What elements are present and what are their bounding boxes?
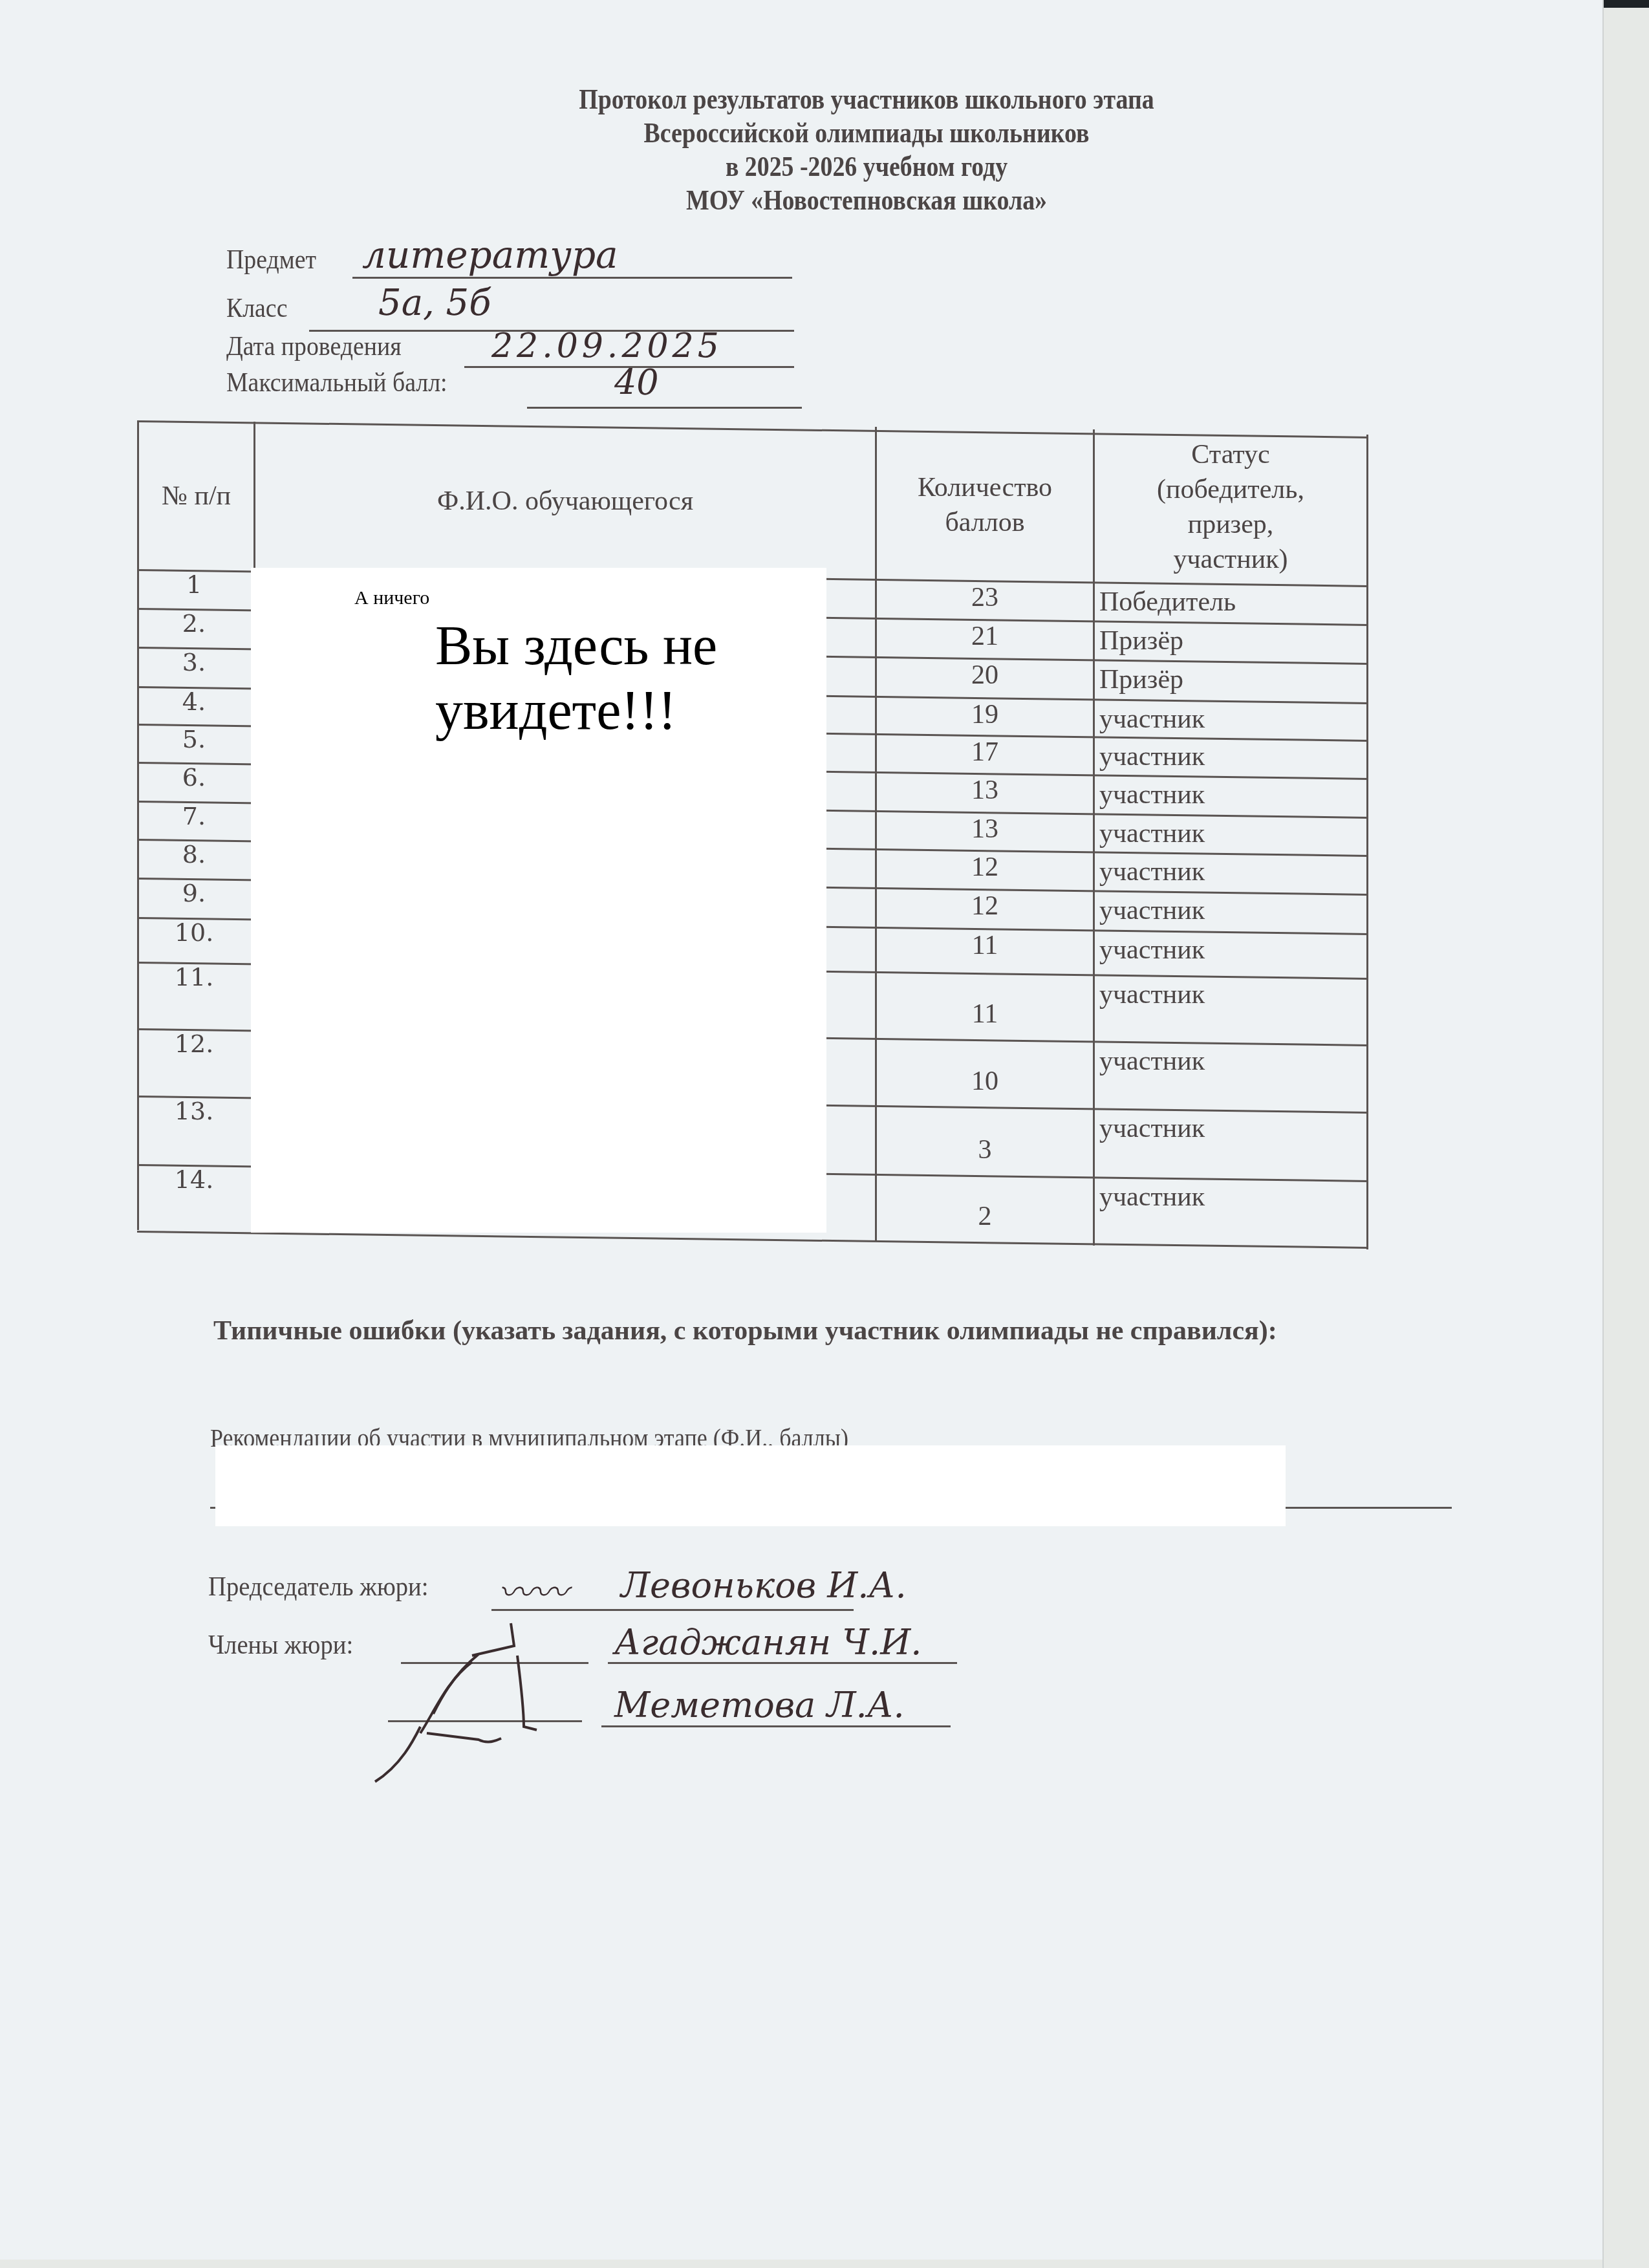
member2-name: Меметова Л.А. [614, 1685, 905, 1725]
member1-name: Агаджанян Ч.И. [614, 1622, 921, 1663]
max-score-underline [527, 407, 802, 409]
row-status: Призёр [1099, 625, 1183, 656]
row-number: 4. [149, 687, 239, 716]
row-status: участник [1099, 934, 1205, 966]
date-label: Дата проведения [226, 331, 402, 362]
row-score: 11 [878, 999, 1092, 1030]
row-score: 19 [878, 699, 1092, 730]
redaction-box: А ничего Вы здесь не увидете!!! [251, 568, 826, 1233]
chair-signature: 〰〰 [498, 1565, 568, 1615]
max-score-label: Максимальный балл: [226, 367, 447, 398]
row-status: участник [1099, 779, 1205, 810]
row-score: 13 [878, 814, 1092, 845]
table-border-right [1366, 435, 1368, 1249]
row-status: Призёр [1099, 664, 1183, 695]
row-number: 14. [149, 1165, 239, 1194]
row-score: 12 [878, 852, 1092, 883]
row-number: 5. [149, 725, 239, 753]
table-border-left [137, 420, 139, 1230]
title-line: в 2025 -2026 учебном году [477, 150, 1256, 184]
scanner-edge-bottom [0, 2260, 1602, 2268]
row-score: 23 [878, 582, 1092, 613]
row-status: участник [1099, 979, 1205, 1010]
row-number: 11. [149, 963, 239, 991]
header-status: Статус (победитель, призер, участник) [1095, 437, 1366, 577]
recommendations-redaction [215, 1445, 1286, 1526]
row-status: Победитель [1099, 587, 1236, 618]
title-line: Протокол результатов участников школьног… [477, 83, 1256, 116]
member-signatures [362, 1617, 582, 1785]
row-number: 1 [149, 570, 239, 599]
column-divider [875, 427, 877, 1240]
typical-errors-heading: Типичные ошибки (указать задания, с кото… [213, 1313, 1345, 1349]
chair-name: Левоньков И.А. [621, 1565, 907, 1606]
subject-label: Предмет [226, 244, 316, 275]
row-number: 9. [149, 879, 239, 907]
row-score: 13 [878, 775, 1092, 806]
title-line: Всероссийской олимпиады школьников [477, 116, 1256, 150]
row-status: участник [1099, 1046, 1205, 1077]
scanner-edge-bar [1604, 0, 1649, 8]
scanner-edge [1602, 0, 1649, 2268]
redaction-big-text: Вы здесь не увидете!!! [435, 613, 717, 742]
row-status: участник [1099, 1113, 1205, 1144]
class-label: Класс [226, 293, 287, 324]
row-score: 2 [878, 1201, 1092, 1232]
row-number: 7. [149, 802, 239, 830]
row-number: 13. [149, 1097, 239, 1125]
row-score: 17 [878, 737, 1092, 768]
row-score: 12 [878, 891, 1092, 922]
row-score: 3 [878, 1134, 1092, 1165]
row-score: 21 [878, 621, 1092, 652]
table-border-bottom [137, 1231, 1368, 1249]
row-status: участник [1099, 741, 1205, 772]
row-number: 6. [149, 763, 239, 792]
date-value: 22.09.2025 [491, 327, 723, 365]
subject-underline [352, 277, 792, 279]
members-label: Члены жюри: [208, 1630, 353, 1661]
row-score: 11 [878, 930, 1092, 961]
row-status: участник [1099, 818, 1205, 849]
row-status: участник [1099, 856, 1205, 887]
header-score: Количество баллов [877, 470, 1093, 540]
row-number: 3. [149, 648, 239, 676]
redaction-small-text: А ничего [354, 587, 429, 609]
row-score: 20 [878, 660, 1092, 691]
header-number: № п/п [139, 479, 253, 513]
class-value: 5а, 5б [378, 282, 491, 324]
row-status: участник [1099, 704, 1205, 735]
title-line: МОУ «Новостепновская школа» [477, 184, 1256, 217]
row-score: 10 [878, 1066, 1092, 1097]
table-border-top [137, 420, 1368, 438]
header-name: Ф.И.О. обучающегося [255, 484, 875, 519]
row-number: 12. [149, 1030, 239, 1058]
row-number: 2. [149, 609, 239, 638]
row-number: 8. [149, 840, 239, 869]
max-score-value: 40 [614, 362, 659, 403]
document-title: Протокол результатов участников школьног… [477, 83, 1256, 217]
row-status: участник [1099, 895, 1205, 926]
chair-label: Председатель жюри: [208, 1571, 429, 1603]
member2-name-underline [601, 1725, 951, 1727]
subject-value: литература [362, 233, 618, 277]
row-status: участник [1099, 1182, 1205, 1213]
row-number: 10. [149, 918, 239, 947]
